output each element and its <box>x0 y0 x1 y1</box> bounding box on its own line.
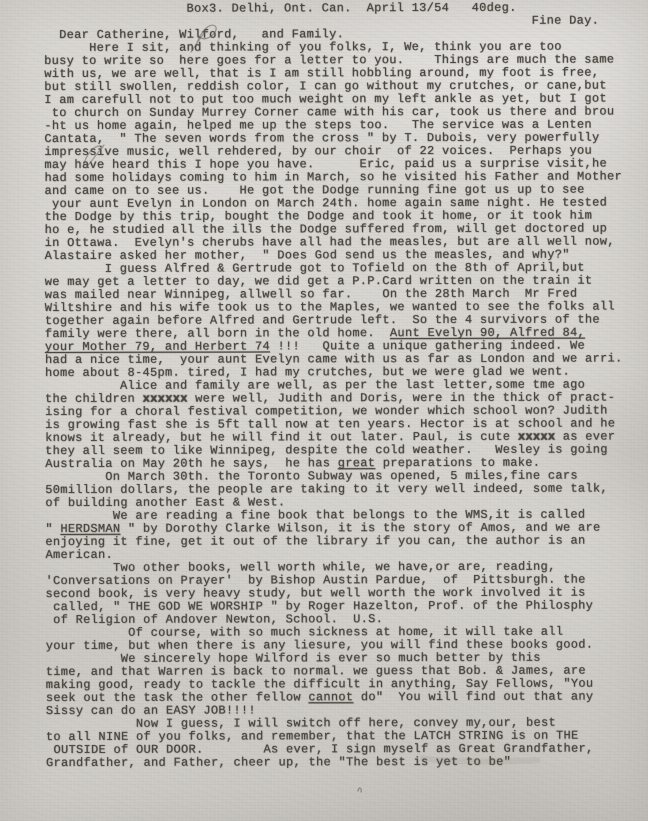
letter-text: " <box>45 522 60 536</box>
letter-text: 50million dollars, the people are taking… <box>45 482 608 497</box>
underlined-text: great <box>338 456 376 470</box>
letter-line: Grandfather, and Father, cheer up, the "… <box>46 755 648 770</box>
letter-text: enjoying it fine, get it out of the libr… <box>45 534 585 549</box>
letter-text: Grandfather, and Father, cheer up, the "… <box>46 755 511 770</box>
letter-body: Box3. Delhi, Ont. Can. April 13/54 40deg… <box>44 1 648 821</box>
letter-line: enjoying it fine, get it out of the libr… <box>45 534 647 549</box>
letter-page: Box3. Delhi, Ont. Can. April 13/54 40deg… <box>0 0 648 821</box>
struck-out-text: xxxxx <box>518 430 556 444</box>
letter-text: do" You will find out that any <box>353 690 593 705</box>
underlined-text: cannot <box>308 690 353 704</box>
struck-out-text: xxxxxx <box>143 392 188 406</box>
